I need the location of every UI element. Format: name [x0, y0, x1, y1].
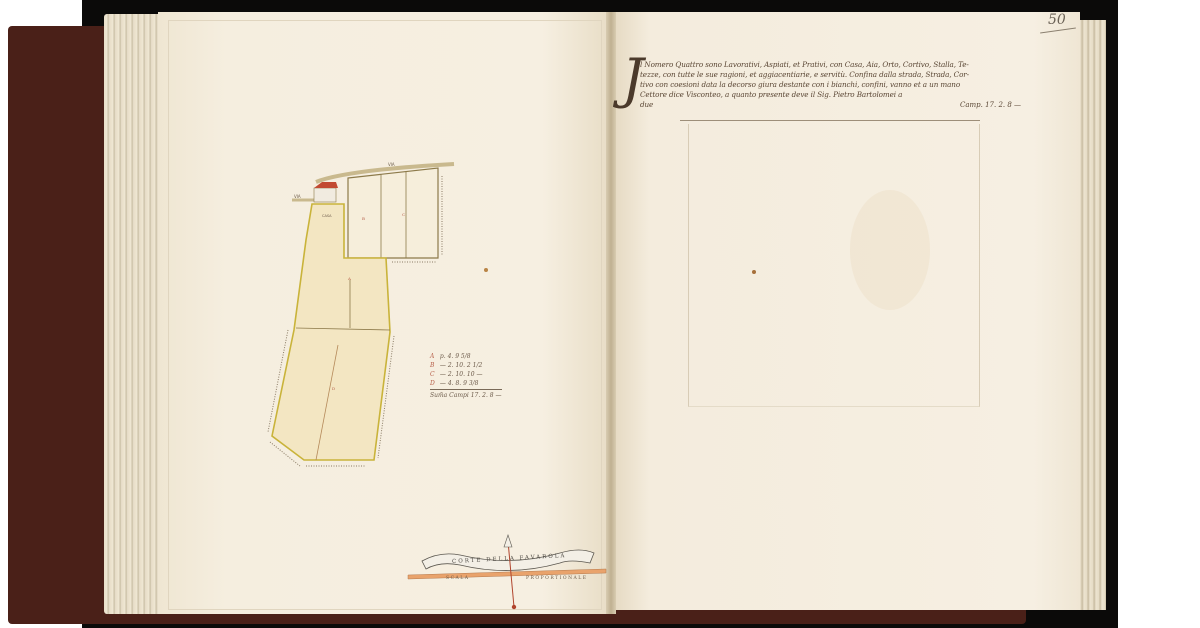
- scale-label: SCALA: [446, 576, 470, 581]
- legend-row: A p. 4. 9 5/8: [430, 352, 502, 361]
- price-note: Camp. 17. 2. 8 —: [960, 101, 1021, 109]
- legend-row: C — 2. 10. 10 —: [430, 370, 502, 379]
- svg-text:B: B: [362, 216, 365, 221]
- svg-text:VIA: VIA: [294, 194, 301, 199]
- estate-map: VIA VIA CASA A B C D: [266, 160, 466, 490]
- text-rule: [680, 120, 980, 121]
- svg-text:CASA: CASA: [322, 214, 332, 218]
- legend-row: B — 2. 10. 2 1/2: [430, 361, 502, 370]
- book-gutter: [606, 12, 616, 614]
- folio-number: 50: [1048, 12, 1066, 28]
- text-line: tivo con coesioni data la decorso giura …: [640, 80, 1060, 90]
- page-edges-right: [1078, 20, 1106, 610]
- legend-total: Sum̃a Campi 17. 2. 8 —: [430, 389, 502, 400]
- text-line: Cettore dice Visconteo, a quanto present…: [640, 90, 1060, 100]
- text-line: l Nomero Quattro sono Lavorativi, Aspiat…: [640, 60, 1060, 70]
- scale-bar-with-compass: [400, 533, 620, 613]
- scale-label-proportional: PROPORTIONALE: [526, 576, 588, 581]
- svg-text:A: A: [347, 276, 351, 281]
- area-legend: A p. 4. 9 5/8 B — 2. 10. 2 1/2 C — 2. 10…: [430, 352, 502, 400]
- road-label: VIA: [388, 162, 395, 167]
- page-edges-left: [104, 14, 166, 614]
- ink-spot: [484, 268, 488, 272]
- legend-row: D — 4. 8. 9 3/8: [430, 379, 502, 388]
- empty-map-frame: [688, 124, 980, 407]
- svg-text:D: D: [332, 386, 335, 391]
- svg-text:C: C: [402, 212, 405, 217]
- text-line: tezze, con tutte le sue ragioni, et aggi…: [640, 70, 1060, 80]
